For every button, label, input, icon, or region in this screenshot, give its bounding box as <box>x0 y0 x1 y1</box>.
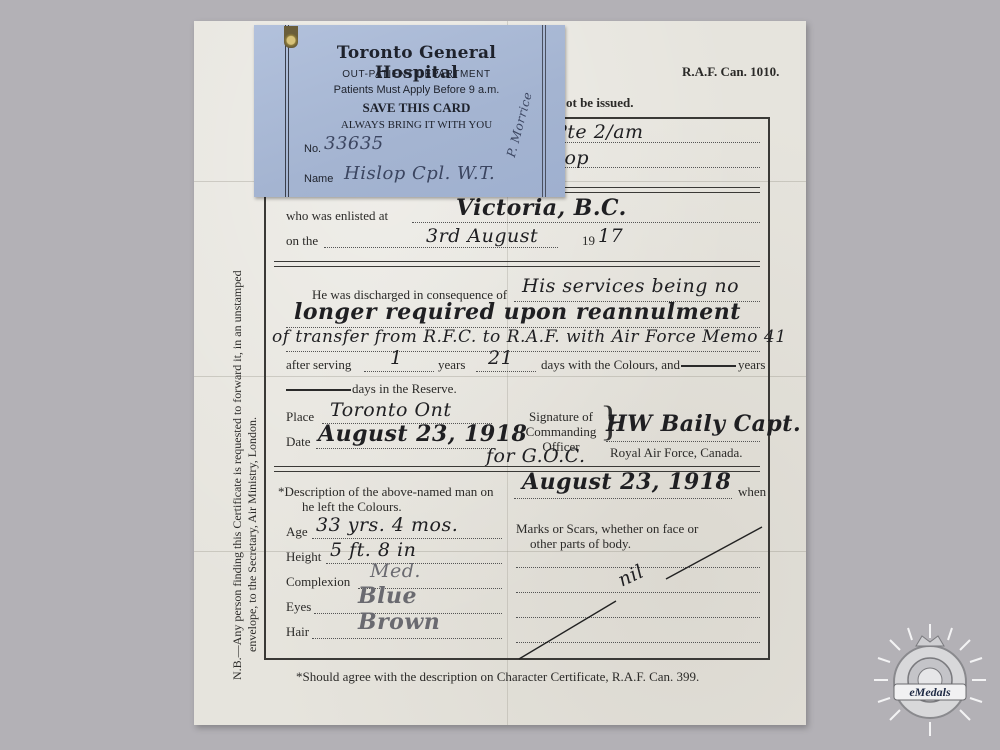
card-number: 33635 <box>324 133 384 154</box>
form-number: R.A.F. Can. 1010. <box>682 64 779 80</box>
place-value: Toronto Ont <box>330 399 451 421</box>
discharge-reason-line1: His services being no <box>522 275 739 297</box>
header-text: ot be issued. <box>566 95 634 111</box>
enlisted-year-value: 17 <box>598 225 623 247</box>
footer-note: *Should agree with the description on Ch… <box>296 669 699 685</box>
rank-value: Pte 2/am <box>554 121 644 143</box>
struck-out <box>286 389 351 391</box>
date-value: August 23, 1918 <box>318 421 527 447</box>
logo-brand: eMedals <box>909 685 951 699</box>
age-value: 33 yrs. 4 mos. <box>316 514 458 536</box>
form-box: k). Pte 2/am Hislop who was enlisted at … <box>264 117 770 660</box>
card-name: Hislop Cpl. W.T. <box>344 163 495 184</box>
days-served-value: 21 <box>488 347 513 369</box>
side-note: N.B.—Any person finding this Certificate… <box>230 200 260 680</box>
for-goc: for G.O.C. <box>486 445 586 467</box>
hospital-card: Toronto General Hospital OUT-PATIENT DEP… <box>254 25 565 197</box>
discharge-reason-line2: longer required upon reannulment <box>294 299 741 325</box>
height-value: 5 ft. 8 in <box>330 539 416 561</box>
emedals-logo: eMedals <box>872 622 988 738</box>
eyes-value: Blue <box>358 583 417 609</box>
description-date-value: August 23, 1918 <box>522 469 731 495</box>
complexion-value: Med. <box>370 560 421 582</box>
enlisted-date-value: 3rd August <box>426 225 538 247</box>
years-served-value: 1 <box>390 347 403 369</box>
commanding-officer-signature: HW Baily Capt. <box>606 411 801 437</box>
enlisted-value: Victoria, B.C. <box>456 195 627 221</box>
discharge-reason-line3: of transfer from R.F.C. to R.A.F. with A… <box>272 327 787 347</box>
marks-strikethrough <box>516 519 766 664</box>
hair-value: Brown <box>358 609 440 635</box>
struck-out <box>681 365 736 367</box>
